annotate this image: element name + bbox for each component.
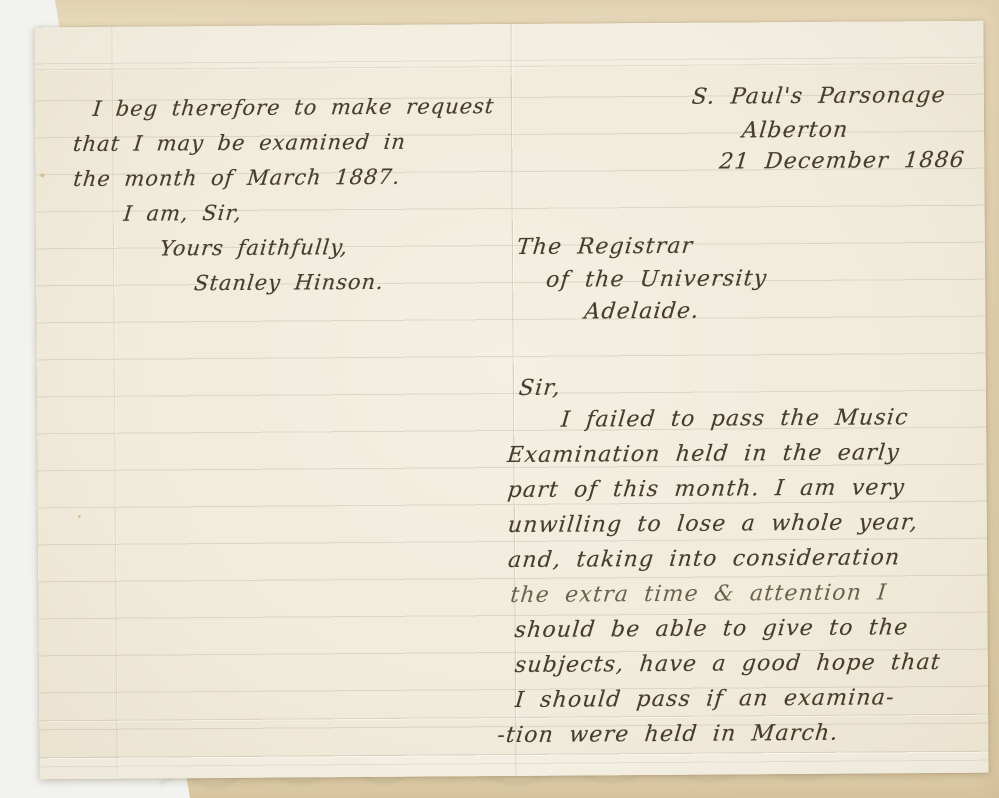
handwritten-line: the month of March 1887. [72,165,401,191]
body-line: I should pass if an examina- [514,685,896,713]
body-line: unwilling to lose a whole year, [507,510,920,538]
body-line: I failed to pass the Music [560,405,910,432]
handwritten-line: I beg therefore to make request [92,94,496,121]
right-page: S. Paul's Parsonage Alberton 21 December… [504,21,988,776]
closing-line: I am, Sir, [123,201,244,226]
recipient-line: The Registrar [516,234,695,260]
body-line: -tion were held in March. [496,721,840,748]
signature: Stanley Hinson. [193,270,385,295]
scanned-letter: I beg therefore to make request that I m… [0,0,999,798]
body-line: the extra time & attention I [509,580,888,608]
body-line: should be able to give to the [513,615,909,643]
closing-line: Yours faithfully, [159,235,350,260]
body-line: subjects, have a good hope that [514,650,942,678]
letter-sheet: I beg therefore to make request that I m… [34,21,988,780]
left-page: I beg therefore to make request that I m… [34,24,509,779]
handwritten-line: that I may be examined in [72,130,407,156]
recipient-line: of the University [545,266,769,293]
salutation: Sir, [518,376,562,401]
body-line: and, taking into consideration [507,545,902,573]
letter-date: 21 December 1886 [718,148,966,175]
sender-address-line: Alberton [741,118,850,144]
body-line: Examination held in the early [506,440,901,468]
recipient-line: Adelaide. [583,299,701,325]
sender-address-line: S. Paul's Parsonage [691,83,947,110]
body-line: part of this month. I am very [506,475,906,503]
